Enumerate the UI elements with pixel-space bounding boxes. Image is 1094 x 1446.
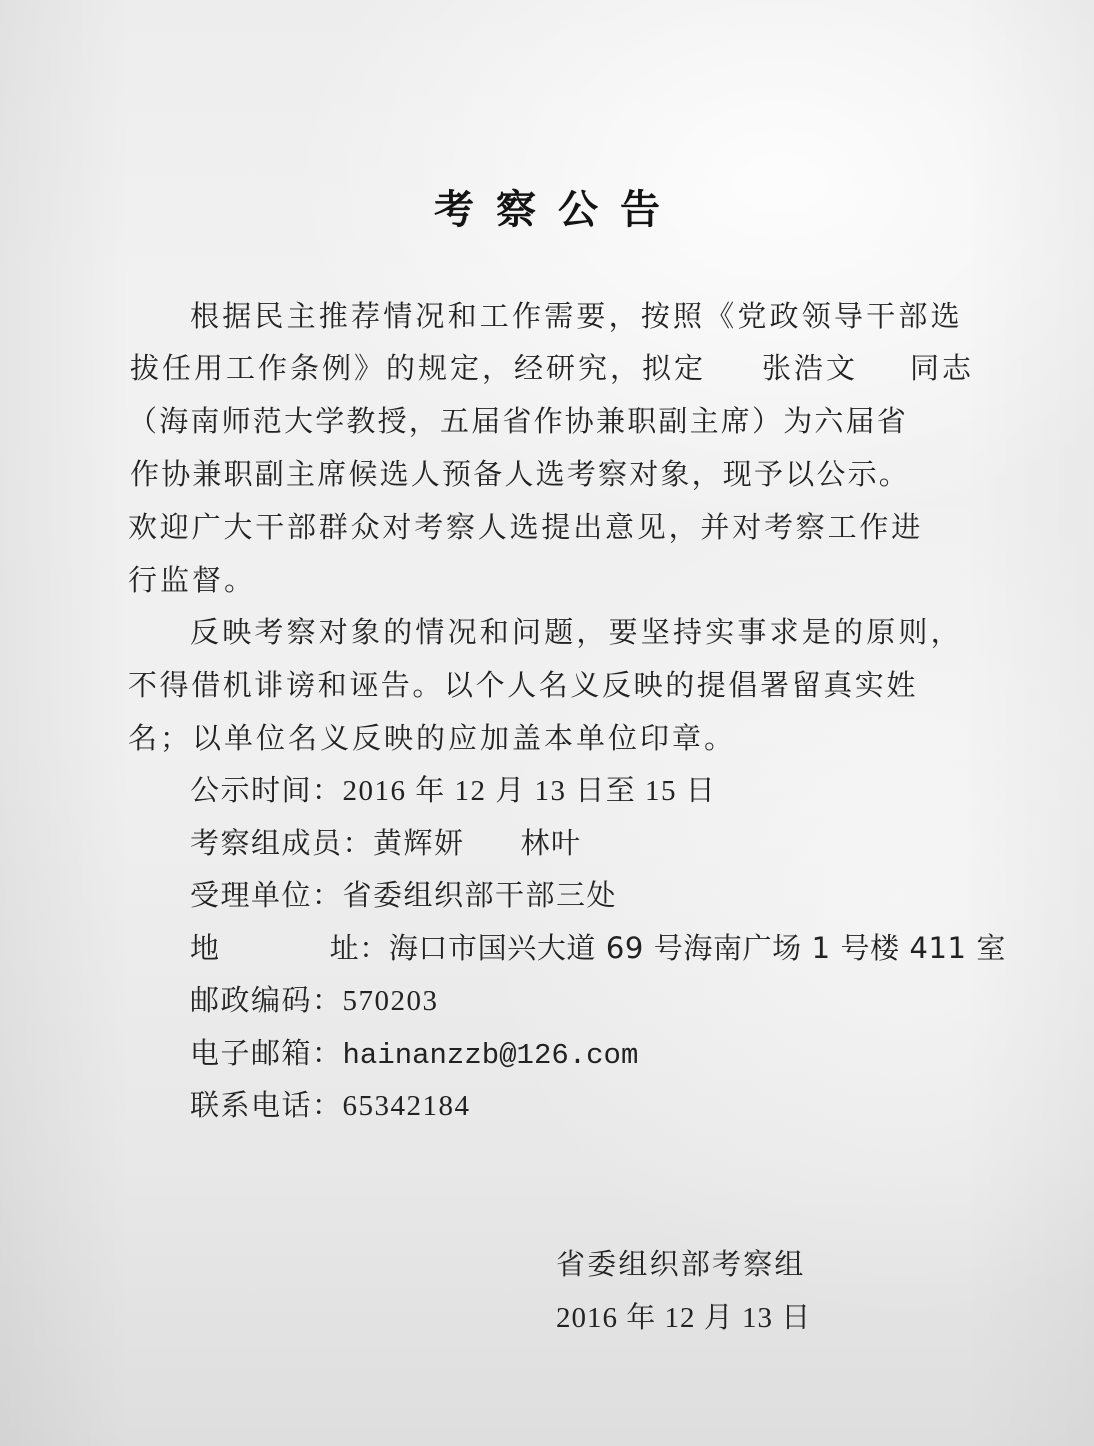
paragraph-1-line-2-text: 拔任用工作条例》的规定，经研究，拟定 <box>130 351 706 385</box>
paragraph-1-line-1: 根据民主推荐情况和工作需要，按照《党政领导干部选 <box>190 298 963 334</box>
inspection-team-member-1: 黄辉妍 <box>373 826 465 860</box>
paragraph-1-line-5: 欢迎广大干部群众对考察人选提出意见，并对考察工作进 <box>128 509 923 545</box>
paragraph-1-line-2: 拔任用工作条例》的规定，经研究，拟定张浩文同志 <box>130 350 974 386</box>
signature-issuer: 省委组织部考察组 <box>556 1246 806 1282</box>
postal-code-value: 570203 <box>343 985 439 1017</box>
postal-code-label: 邮政编码： <box>190 982 343 1018</box>
email-label: 电子邮箱： <box>190 1035 343 1071</box>
publicity-period-value: 2016 年 12 月 13 日至 15 日 <box>343 775 717 807</box>
candidate-name: 张浩文 <box>762 351 858 385</box>
field-inspection-team: 考察组成员：黄辉妍林叶 <box>190 825 582 861</box>
field-postal-code: 邮政编码：570203 <box>190 982 439 1018</box>
phone-label: 联系电话： <box>190 1087 343 1123</box>
paragraph-1-line-4: 作协兼职副主席候选人预备人选考察对象，现予以公示。 <box>130 456 910 492</box>
field-publicity-period: 公示时间：2016 年 12 月 13 日至 15 日 <box>190 772 716 808</box>
document-title: 考察公告 <box>0 178 1094 235</box>
paragraph-2-line-3: 名；以单位名义反映的应加盖本单位印章。 <box>128 720 736 756</box>
address-label-right: 址： <box>330 931 389 965</box>
address-value: 海口市国兴大道 69 号海南广场 1 号楼 411 室 <box>389 931 1006 965</box>
field-email: 电子邮箱：hainanzzb@126.com <box>190 1035 638 1071</box>
receiving-unit-value: 省委组织部干部三处 <box>343 878 618 912</box>
field-receiving-unit: 受理单位：省委组织部干部三处 <box>190 877 617 913</box>
address-label-left: 地 <box>190 931 220 965</box>
inspection-team-label: 考察组成员： <box>190 825 373 861</box>
receiving-unit-label: 受理单位： <box>190 877 343 913</box>
publicity-period-label: 公示时间： <box>190 772 343 808</box>
paragraph-1-line-6: 行监督。 <box>128 562 256 598</box>
inspection-team-member-2: 林叶 <box>521 826 582 860</box>
candidate-suffix: 同志 <box>910 351 974 385</box>
email-value: hainanzzb@126.com <box>343 1039 639 1072</box>
paragraph-1-line-3: （海南师范大学教授，五届省作协兼职副主席）为六届省 <box>128 403 908 439</box>
paragraph-2-line-1: 反映考察对象的情况和问题，要坚持实事求是的原则， <box>190 614 963 650</box>
phone-value: 65342184 <box>343 1090 471 1122</box>
field-address: 地址：海口市国兴大道 69 号海南广场 1 号楼 411 室 <box>190 930 1006 966</box>
signature-date: 2016 年 12 月 13 日 <box>556 1300 811 1336</box>
paragraph-2-line-2: 不得借机诽谤和诬告。以个人名义反映的提倡署留真实姓 <box>128 667 918 703</box>
field-phone: 联系电话：65342184 <box>190 1087 471 1123</box>
